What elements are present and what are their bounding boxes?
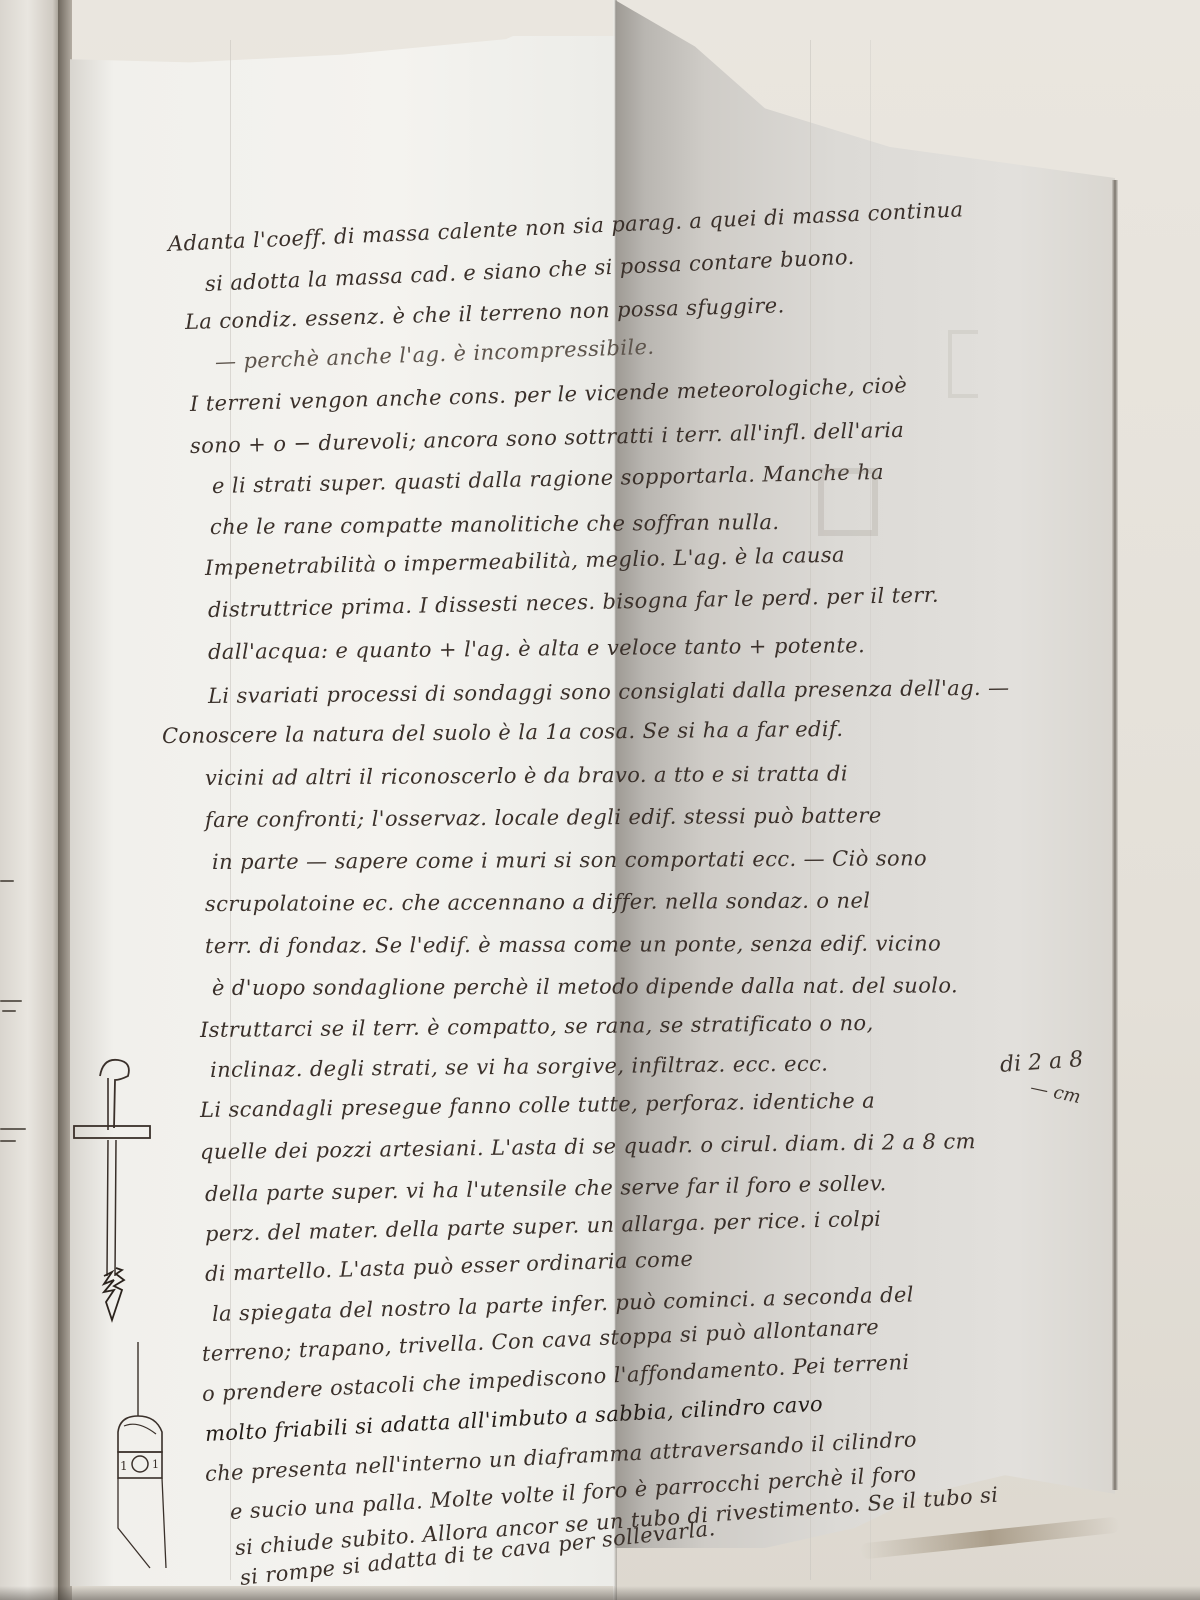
text-line: vicini ad altri il riconoscerlo è da bra… bbox=[205, 762, 848, 790]
photo-scene: Adanta l'coeff. di massa calente non sia… bbox=[0, 0, 1200, 1600]
previous-page-edge bbox=[0, 0, 63, 1600]
text-line: scrupolatoine ec. che accennano a differ… bbox=[205, 889, 870, 916]
auger-drill-sketch-icon bbox=[70, 1058, 160, 1333]
ink-mark bbox=[0, 880, 14, 882]
text-line: è d'uopo sondaglione perchè il metodo di… bbox=[212, 973, 958, 1000]
vertical-fold bbox=[613, 0, 617, 1600]
ink-bleed-mark bbox=[818, 468, 878, 536]
ink-mark bbox=[2, 1010, 16, 1012]
ink-mark bbox=[0, 1128, 26, 1130]
bottom-shadow bbox=[0, 1586, 1200, 1600]
ink-bleed-mark bbox=[948, 330, 978, 398]
page-stack-edge bbox=[1112, 180, 1118, 1490]
bucket-label-right: 1 bbox=[152, 1458, 159, 1471]
bucket-label-left: 1 bbox=[120, 1459, 128, 1473]
text-line: terr. di fondaz. Se l'edif. è massa come… bbox=[205, 931, 941, 958]
ink-mark bbox=[0, 1140, 16, 1142]
text-line: che le rane compatte manolitiche che sof… bbox=[210, 510, 780, 539]
text-line: fare confronti; l'osservaz. locale degli… bbox=[205, 803, 882, 832]
sampling-bucket-sketch-icon: 1 1 bbox=[110, 1342, 180, 1572]
ink-mark bbox=[0, 1000, 22, 1002]
text-line: in parte — sapere come i muri si son com… bbox=[212, 846, 927, 874]
